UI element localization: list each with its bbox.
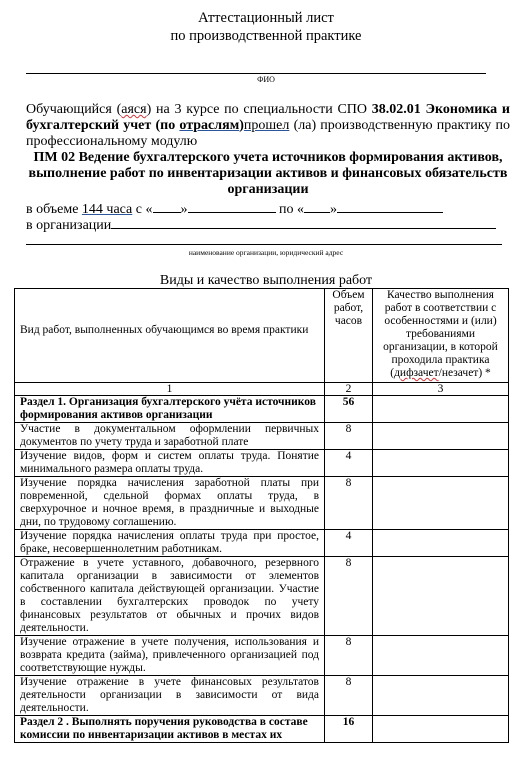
work-description: Изучение порядка начисления оплаты труда… xyxy=(15,530,325,557)
work-quality-cell[interactable] xyxy=(373,450,509,477)
organization-field[interactable] xyxy=(111,216,496,229)
work-description: Раздел 2 . Выполнять поручения руководст… xyxy=(15,716,325,743)
work-description: Участие в документальном оформлении перв… xyxy=(15,423,325,450)
work-quality-cell[interactable] xyxy=(373,676,509,716)
table-number-row: 1 2 3 xyxy=(15,383,509,396)
work-hours: 8 xyxy=(325,676,373,716)
work-hours: 8 xyxy=(325,557,373,636)
table-row: Изучение порядка начисления оплаты труда… xyxy=(15,530,509,557)
intro-flagged-word: аяся xyxy=(121,102,146,117)
organization-label: в организации xyxy=(26,218,111,233)
work-description: Изучение отражение в учете получения, ис… xyxy=(15,636,325,676)
work-hours: 8 xyxy=(325,636,373,676)
from-day-field[interactable] xyxy=(153,200,181,213)
work-description: Раздел 1. Организация бухгалтерского учё… xyxy=(15,396,325,423)
volume-prefix: в объеме xyxy=(26,202,82,217)
table-row: Изучение отражение в учете получения, ис… xyxy=(15,636,509,676)
column-number-1: 1 xyxy=(15,383,325,396)
to-day-field[interactable] xyxy=(304,200,330,213)
work-description: Изучение отражение в учете финансовых ре… xyxy=(15,676,325,716)
from-close-quote: » xyxy=(181,202,188,217)
intro-text-3: ) на 3 курсе по специальности СПО xyxy=(147,102,372,117)
passed-link: прошел xyxy=(244,118,289,133)
work-hours: 8 xyxy=(325,477,373,530)
intro-text-1: Обучающийся ( xyxy=(26,102,121,117)
column-number-2: 2 xyxy=(325,383,373,396)
header-quality-flagged: дифзачет xyxy=(394,367,439,379)
organization-caption: наименование организации, юридический ад… xyxy=(0,248,532,257)
work-hours: 56 xyxy=(325,396,373,423)
document-subtitle: по производственной практике xyxy=(0,27,532,45)
table-row: Изучение видов, форм и систем оплаты тру… xyxy=(15,450,509,477)
work-description: Изучение порядка начисления заработной п… xyxy=(15,477,325,530)
volume-hours: 144 часа xyxy=(82,202,132,217)
column-number-3: 3 xyxy=(373,383,509,396)
from-label: с « xyxy=(132,202,152,217)
table-section-row: Раздел 1. Организация бухгалтерского учё… xyxy=(15,396,509,423)
specialty-link: отраслям xyxy=(179,118,239,133)
work-hours: 16 xyxy=(325,716,373,743)
work-quality-cell[interactable] xyxy=(373,716,509,743)
work-description: Отражение в учете уставного, добавочного… xyxy=(15,557,325,636)
from-month-field[interactable] xyxy=(188,200,276,213)
organization-line: в организации xyxy=(26,216,496,234)
organization-address-line[interactable] xyxy=(26,244,502,245)
work-quality-cell[interactable] xyxy=(373,423,509,450)
work-hours: 8 xyxy=(325,423,373,450)
header-hours: Объем работ, часов xyxy=(325,289,373,383)
work-hours: 4 xyxy=(325,450,373,477)
intro-paragraph: Обучающийся (аяся) на 3 курсе по специал… xyxy=(26,102,510,150)
header-work-type: Вид работ, выполненных обучающимся во вр… xyxy=(15,289,325,383)
work-description: Изучение видов, форм и систем оплаты тру… xyxy=(15,450,325,477)
module-title: ПМ 02 Ведение бухгалтерского учета источ… xyxy=(20,150,516,198)
table-row: Участие в документальном оформлении перв… xyxy=(15,423,509,450)
works-table: Вид работ, выполненных обучающимся во вр… xyxy=(14,288,509,743)
work-quality-cell[interactable] xyxy=(373,396,509,423)
work-quality-cell[interactable] xyxy=(373,477,509,530)
table-header-row: Вид работ, выполненных обучающимся во вр… xyxy=(15,289,509,383)
to-label: по « xyxy=(276,202,305,217)
table-row: Изучение отражение в учете финансовых ре… xyxy=(15,676,509,716)
document-title: Аттестационный лист xyxy=(0,9,532,27)
table-row: Отражение в учете уставного, добавочного… xyxy=(15,557,509,636)
to-close-quote: » xyxy=(330,202,337,217)
work-quality-cell[interactable] xyxy=(373,557,509,636)
fio-caption: ФИО xyxy=(0,75,532,84)
work-hours: 4 xyxy=(325,530,373,557)
work-quality-cell[interactable] xyxy=(373,636,509,676)
work-quality-cell[interactable] xyxy=(373,530,509,557)
table-section-row: Раздел 2 . Выполнять поручения руководст… xyxy=(15,716,509,743)
to-month-field[interactable] xyxy=(337,200,443,213)
fio-line xyxy=(26,73,486,74)
table-row: Изучение порядка начисления заработной п… xyxy=(15,477,509,530)
header-quality: Качество выполнения работ в соответствии… xyxy=(373,289,509,383)
